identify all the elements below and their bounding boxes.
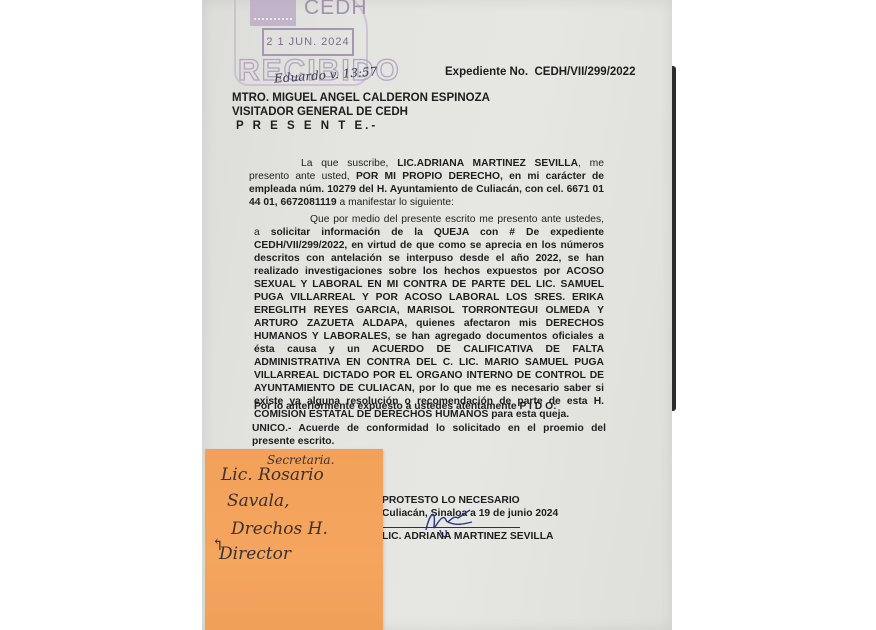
intro-text-1: La que suscribe, [301,158,397,169]
signer-name: LIC. ADRIANA MARTINEZ SEVILLA [382,531,553,542]
intro-signer-name: LIC.ADRIANA MARTINEZ SEVILLA [397,158,578,169]
request-paragraph: Que por medio del presente escrito me pr… [254,213,604,421]
expediente-label: Expediente No. [445,66,528,78]
unico-petition: UNICO.- Acuerde de conformidad lo solici… [252,422,606,448]
stamp-logo-icon [250,0,296,26]
addressee-position: VISITADOR GENERAL DE CEDH [232,106,408,118]
sticky-note-line: Savala, [227,491,290,511]
stamp-date: 2 1 JUN. 2024 [262,28,354,56]
expediente-header: Expediente No. CEDH/VII/299/2022 [445,66,635,78]
sticky-note-line: Drechos H. [231,519,328,539]
intro-text-3: a manifestar lo siguiente: [337,197,454,208]
sticky-note: Secretaria. Lic. Rosario Savala, Drechos… [205,449,383,630]
sticky-note-line: Director [219,544,291,564]
stamp-organization: CEDH [304,0,368,20]
expediente-number: CEDH/VII/299/2022 [534,66,635,78]
request-bold-body: solicitar información de la QUEJA con # … [254,227,604,420]
signature-line [378,527,520,528]
sticky-note-line: Lic. Rosario [221,465,324,485]
intro-paragraph: La que suscribe, LIC.ADRIANA MARTINEZ SE… [249,157,604,209]
addressee-presente: P R E S E N T E.- [236,120,378,132]
addressee-name: MTRO. MIGUEL ANGEL CALDERON ESPINOZA [232,92,490,104]
pido-line: Por lo anteriormente expuesto a ustedes … [254,401,557,412]
